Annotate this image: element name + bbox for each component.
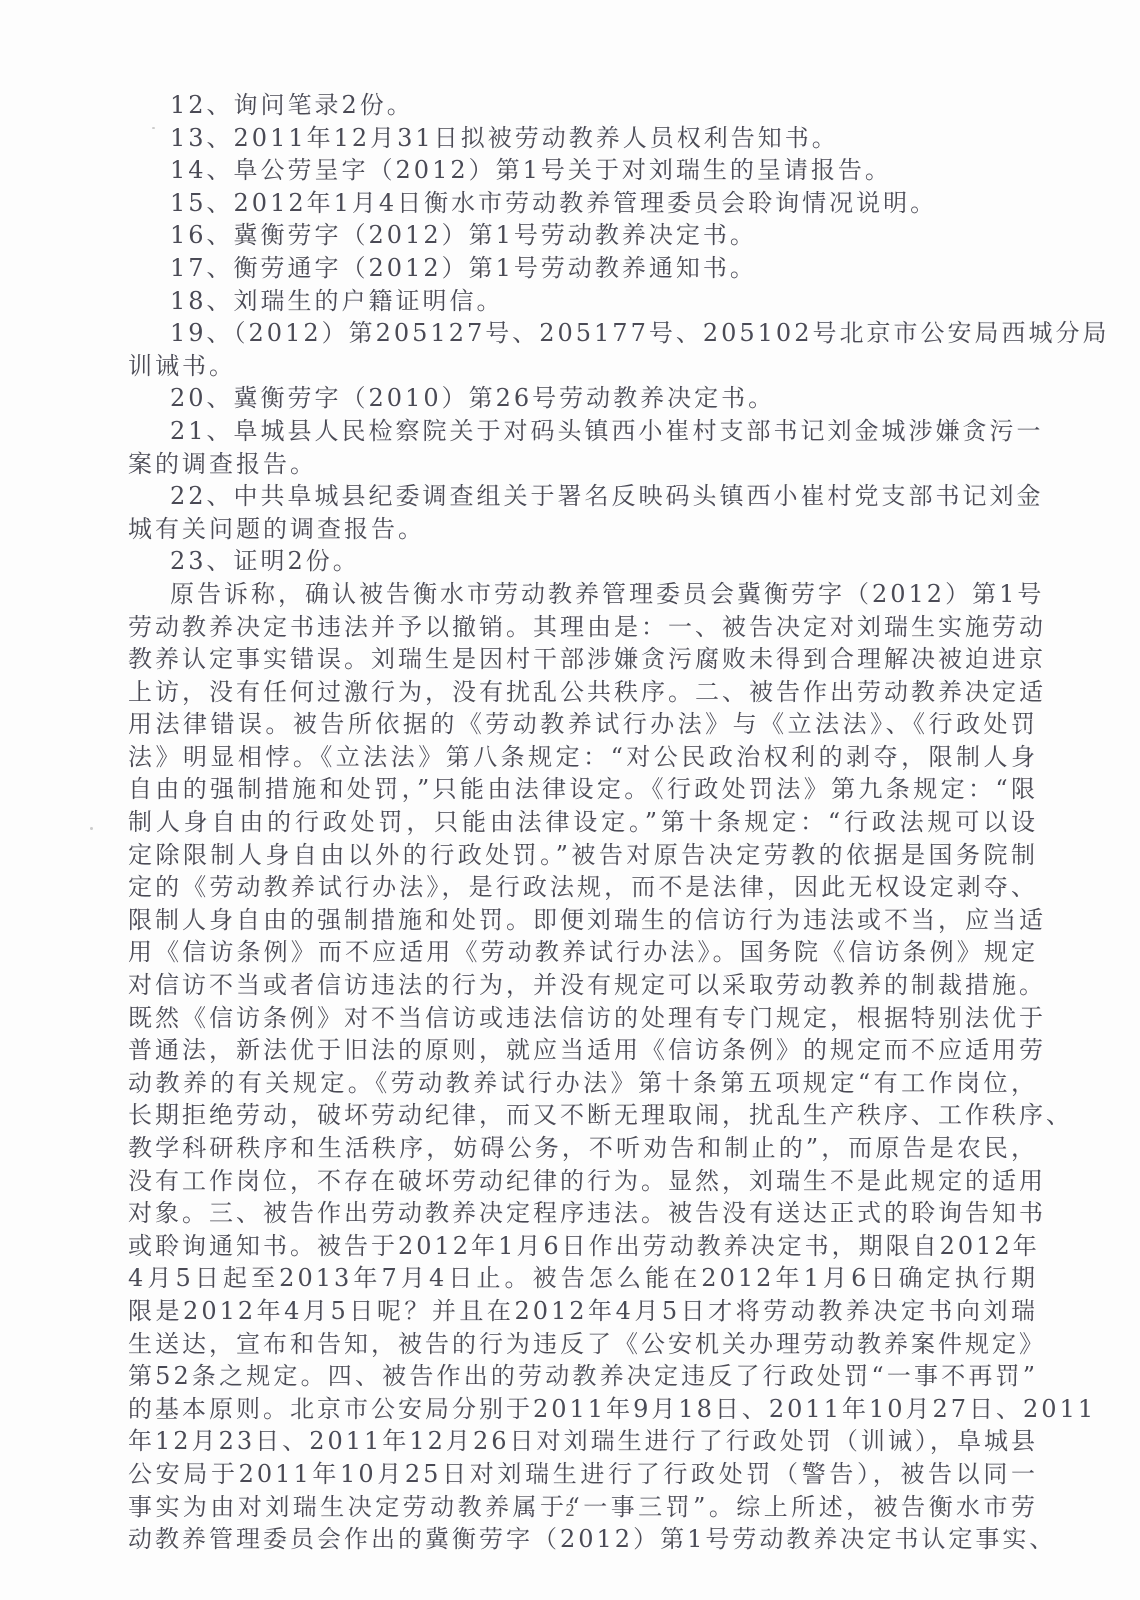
text-line: 定除限制人身自由以外的行政处罚。”被告对原告决定劳教的依据是国务院制 [128, 839, 1038, 872]
text-line: 动教养管理委员会作出的冀衡劳字（2012）第1号劳动教养决定书认定事实、 [128, 1523, 1038, 1556]
text-line: 19、（2012）第205127号、205177号、205102号北京市公安局西… [128, 317, 1038, 350]
text-line: 20、冀衡劳字（2010）第26号劳动教养决定书。 [128, 382, 1038, 415]
text-line: 动教养的有关规定。《劳动教养试行办法》第十条第五项规定“有工作岗位， [128, 1067, 1038, 1100]
text-line: 普通法，新法优于旧法的原则，就应当适用《信访条例》的规定而不应适用劳 [128, 1034, 1038, 1067]
text-line: 生送达，宣布和告知，被告的行为违反了《公安机关办理劳动教养案件规定》 [128, 1328, 1038, 1361]
text-line: 限是2012年4月5日呢？并且在2012年4月5日才将劳动教养决定书向刘瑞 [128, 1295, 1038, 1328]
text-line: 原告诉称，确认被告衡水市劳动教养管理委员会冀衡劳字（2012）第1号 [128, 578, 1038, 611]
text-line: 既然《信访条例》对不当信访或违法信访的处理有专门规定，根据特别法优于 [128, 1002, 1038, 1035]
text-line: 用法律错误。被告所依据的《劳动教养试行办法》与《立法法》、《行政处罚 [128, 708, 1038, 741]
text-line: 定的《劳动教养试行办法》，是行政法规，而不是法律，因此无权设定剥夺、 [128, 871, 1038, 904]
text-line: 教学科研秩序和生活秩序，妨碍公务，不听劝告和制止的”，而原告是农民， [128, 1132, 1038, 1165]
text-line: 年12月23日、2011年12月26日对刘瑞生进行了行政处罚（训诫），阜城县 [128, 1425, 1038, 1458]
text-line: 14、阜公劳呈字（2012）第1号关于对刘瑞生的呈请报告。 [128, 154, 1038, 187]
text-line: 没有工作岗位，不存在破坏劳动纪律的行为。显然，刘瑞生不是此规定的适用 [128, 1165, 1038, 1198]
text-line: 案的调查报告。 [128, 448, 1038, 481]
text-line: 13、2011年12月31日拟被劳动教养人员权利告知书。 [128, 122, 1038, 155]
document-page: 12、询问笔录2份。13、2011年12月31日拟被劳动教养人员权利告知书。14… [128, 89, 1038, 1556]
text-line: 制人身自由的行政处罚，只能由法律设定。”第十条规定：“行政法规可以设 [128, 806, 1038, 839]
scan-speck [90, 827, 93, 830]
text-line: 劳动教养决定书违法并予以撤销。其理由是：一、被告决定对刘瑞生实施劳动 [128, 611, 1038, 644]
text-line: 公安局于2011年10月25日对刘瑞生进行了行政处罚（警告），被告以同一 [128, 1458, 1038, 1491]
text-line: 自由的强制措施和处罚，”只能由法律设定。《行政处罚法》第九条规定：“限 [128, 773, 1038, 806]
text-line: 第52条之规定。四、被告作出的劳动教养决定违反了行政处罚“一事不再罚” [128, 1360, 1038, 1393]
text-line: 教养认定事实错误。刘瑞生是因村干部涉嫌贪污腐败未得到合理解决被迫进京 [128, 643, 1038, 676]
text-line: 17、衡劳通字（2012）第1号劳动教养通知书。 [128, 252, 1038, 285]
text-line: 15、2012年1月4日衡水市劳动教养管理委员会聆询情况说明。 [128, 187, 1038, 220]
text-line: 21、阜城县人民检察院关于对码头镇西小崔村支部书记刘金城涉嫌贪污一 [128, 415, 1038, 448]
text-line: 18、刘瑞生的户籍证明信。 [128, 285, 1038, 318]
text-line: 23、证明2份。 [128, 545, 1038, 578]
text-line: 城有关问题的调查报告。 [128, 513, 1038, 546]
text-line: 22、中共阜城县纪委调查组关于署名反映码头镇西小崔村党支部书记刘金 [128, 480, 1038, 513]
text-line: 法》明显相悖。《立法法》第八条规定：“对公民政治权利的剥夺，限制人身 [128, 741, 1038, 774]
text-line: 用《信访条例》而不应适用《劳动教养试行办法》。国务院《信访条例》规定 [128, 936, 1038, 969]
text-line: 12、询问笔录2份。 [128, 89, 1038, 122]
text-line: 的基本原则。北京市公安局分别于2011年9月18日、2011年10月27日、20… [128, 1393, 1038, 1426]
text-line: 16、冀衡劳字（2012）第1号劳动教养决定书。 [128, 219, 1038, 252]
page-number: 2 [0, 1500, 1140, 1521]
text-line: 长期拒绝劳动，破坏劳动纪律，而又不断无理取闹，扰乱生产秩序、工作秩序、 [128, 1099, 1038, 1132]
text-line: 上访，没有任何过激行为，没有扰乱公共秩序。二、被告作出劳动教养决定适 [128, 676, 1038, 709]
text-line: 或聆询通知书。被告于2012年1月6日作出劳动教养决定书，期限自2012年 [128, 1230, 1038, 1263]
scan-speck [152, 127, 155, 129]
text-line: 训诫书。 [128, 350, 1038, 383]
text-line: 4月5日起至2013年7月4日止。被告怎么能在2012年1月6日确定执行期 [128, 1262, 1038, 1295]
text-line: 对信访不当或者信访违法的行为，并没有规定可以采取劳动教养的制裁措施。 [128, 969, 1038, 1002]
text-line: 限制人身自由的强制措施和处罚。即便刘瑞生的信访行为违法或不当，应当适 [128, 904, 1038, 937]
text-line: 对象。三、被告作出劳动教养决定程序违法。被告没有送达正式的聆询告知书 [128, 1197, 1038, 1230]
